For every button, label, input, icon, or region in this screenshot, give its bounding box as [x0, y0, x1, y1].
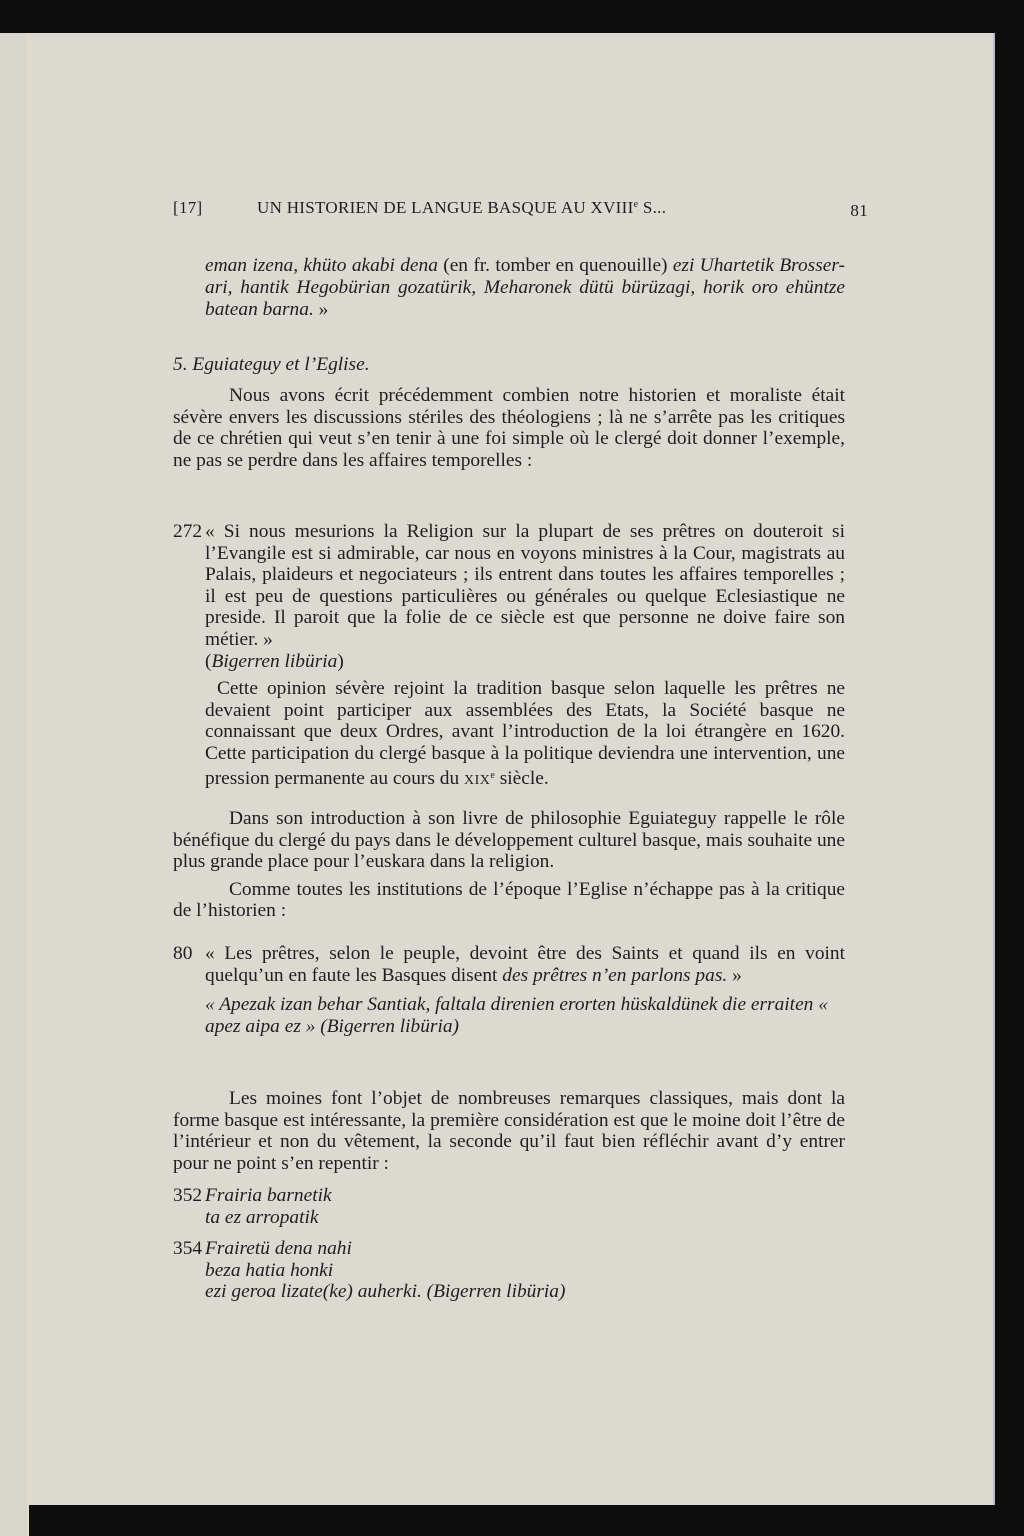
- ref-354: 354: [173, 1238, 202, 1260]
- verse-line: Frairetü dena nahi: [205, 1238, 845, 1260]
- verse-352: Frairia barnetik ta ez arropatik: [205, 1185, 845, 1228]
- quote-80: « Les prêtres, selon le peuple, devoint …: [205, 943, 845, 1037]
- paragraph-2: Dans son introduction à son livre de phi…: [173, 808, 845, 922]
- quote-272: « Si nous mesurions la Religion sur la p…: [205, 521, 845, 791]
- book-page: [17] UN HISTORIEN DE LANGUE BASQUE AU XV…: [29, 33, 993, 1505]
- verse-line: ezi geroa lizate(ke) auherki. (Bigerren …: [205, 1281, 845, 1303]
- verse-line: Frairia barnetik: [205, 1185, 845, 1207]
- verse-354: Frairetü dena nahi beza hatia honki ezi …: [205, 1238, 845, 1303]
- opening-quote: eman izena, khüto akabi dena (en fr. tom…: [205, 255, 845, 321]
- paragraph-1: Nous avons écrit précédemment combien no…: [173, 385, 845, 471]
- section-heading: 5. Eguiateguy et l’Eglise.: [173, 354, 845, 376]
- ref-352: 352: [173, 1185, 202, 1207]
- ref-272: 272: [173, 521, 202, 543]
- page-number: 81: [850, 201, 868, 221]
- previous-page-edge: [0, 33, 29, 1536]
- verse-line: ta ez arropatik: [205, 1207, 845, 1229]
- page-ref: [17]: [173, 198, 203, 218]
- running-title: UN HISTORIEN DE LANGUE BASQUE AU XVIIIe …: [257, 198, 666, 218]
- ref-80: 80: [173, 943, 192, 965]
- verse-line: beza hatia honki: [205, 1260, 845, 1282]
- paragraph-4: Les moines font l’objet de nombreuses re…: [173, 1088, 845, 1174]
